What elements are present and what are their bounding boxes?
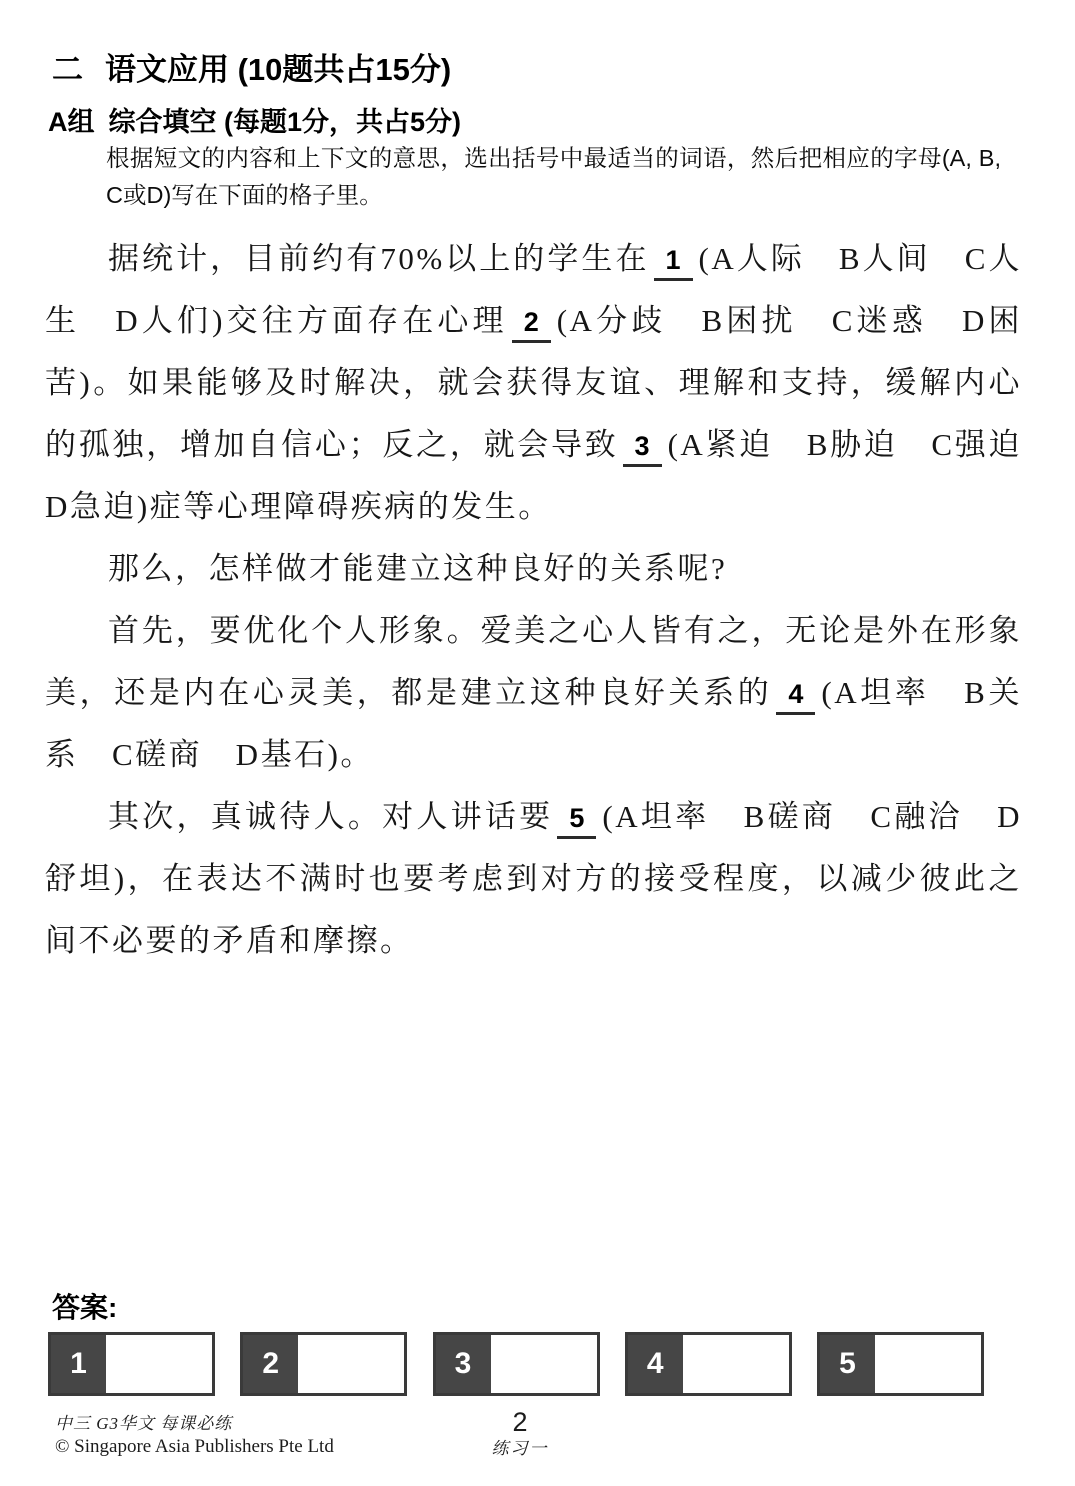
passage-text: 其次，真诚待人。对人讲话要 <box>108 799 553 834</box>
group-title: 综合填空 (每题1分，共占5分) <box>109 107 462 137</box>
fill-blank-3: 3 <box>623 429 662 467</box>
answer-box-number: 2 <box>243 1335 298 1393</box>
instructions: 根据短文的内容和上下文的意思，选出括号中最适当的词语，然后把相应的字母(A, B… <box>106 140 1001 214</box>
answer-box-2: 2 <box>240 1332 407 1396</box>
footer-series: 中三 G3华文 每课必练 <box>55 1412 334 1435</box>
footer-left: 中三 G3华文 每课必练 © Singapore Asia Publishers… <box>55 1412 334 1458</box>
group-heading: A组综合填空 (每题1分，共占5分) <box>48 100 461 139</box>
passage-paragraph: 其次，真诚待人。对人讲话要5(A坦率 B磋商 C融洽 D舒坦)，在表达不满时也要… <box>45 786 1022 972</box>
worksheet-page: 二语文应用 (10题共占15分) A组综合填空 (每题1分，共占5分) 根据短文… <box>0 0 1075 1486</box>
answer-write-cell[interactable] <box>491 1335 597 1393</box>
section-heading: 二语文应用 (10题共占15分) <box>52 44 451 89</box>
answer-box-number: 3 <box>436 1335 491 1393</box>
answer-write-cell[interactable] <box>683 1335 789 1393</box>
answer-box-number: 5 <box>820 1335 875 1393</box>
passage: 据统计，目前约有70%以上的学生在1(A人际 B人间 C人生 D人们)交往方面存… <box>45 228 1022 972</box>
answer-box-number: 4 <box>628 1335 683 1393</box>
fill-blank-1: 1 <box>654 243 693 281</box>
answer-write-cell[interactable] <box>106 1335 212 1393</box>
fill-blank-2: 2 <box>512 305 551 343</box>
answer-write-cell[interactable] <box>875 1335 981 1393</box>
answer-box-4: 4 <box>625 1332 792 1396</box>
section-title: 语文应用 (10题共占15分) <box>105 52 451 87</box>
answer-box-1: 1 <box>48 1332 215 1396</box>
answer-box-5: 5 <box>817 1332 984 1396</box>
group-label: A组 <box>48 100 95 139</box>
answers-label: 答案: <box>52 1286 117 1326</box>
page-number: 2 <box>465 1406 575 1438</box>
passage-text: 那么，怎样做才能建立这种良好的关系呢? <box>108 551 727 586</box>
footer-copyright: © Singapore Asia Publishers Pte Ltd <box>55 1435 334 1458</box>
passage-paragraph: 据统计，目前约有70%以上的学生在1(A人际 B人间 C人生 D人们)交往方面存… <box>45 228 1022 538</box>
answer-write-cell[interactable] <box>298 1335 404 1393</box>
passage-paragraph: 首先，要优化个人形象。爱美之心人皆有之，无论是外在形象美，还是内在心灵美，都是建… <box>45 600 1022 786</box>
exercise-label: 练习一 <box>465 1438 575 1460</box>
footer-center: 2 练习一 <box>465 1406 575 1460</box>
answer-row: 12345 <box>48 1332 984 1396</box>
fill-blank-5: 5 <box>557 801 596 839</box>
answer-box-number: 1 <box>51 1335 106 1393</box>
passage-text: 据统计，目前约有70%以上的学生在 <box>108 241 650 276</box>
fill-blank-4: 4 <box>776 677 815 715</box>
section-number: 二 <box>52 44 83 89</box>
passage-paragraph: 那么，怎样做才能建立这种良好的关系呢? <box>45 538 1022 600</box>
answer-box-3: 3 <box>433 1332 600 1396</box>
